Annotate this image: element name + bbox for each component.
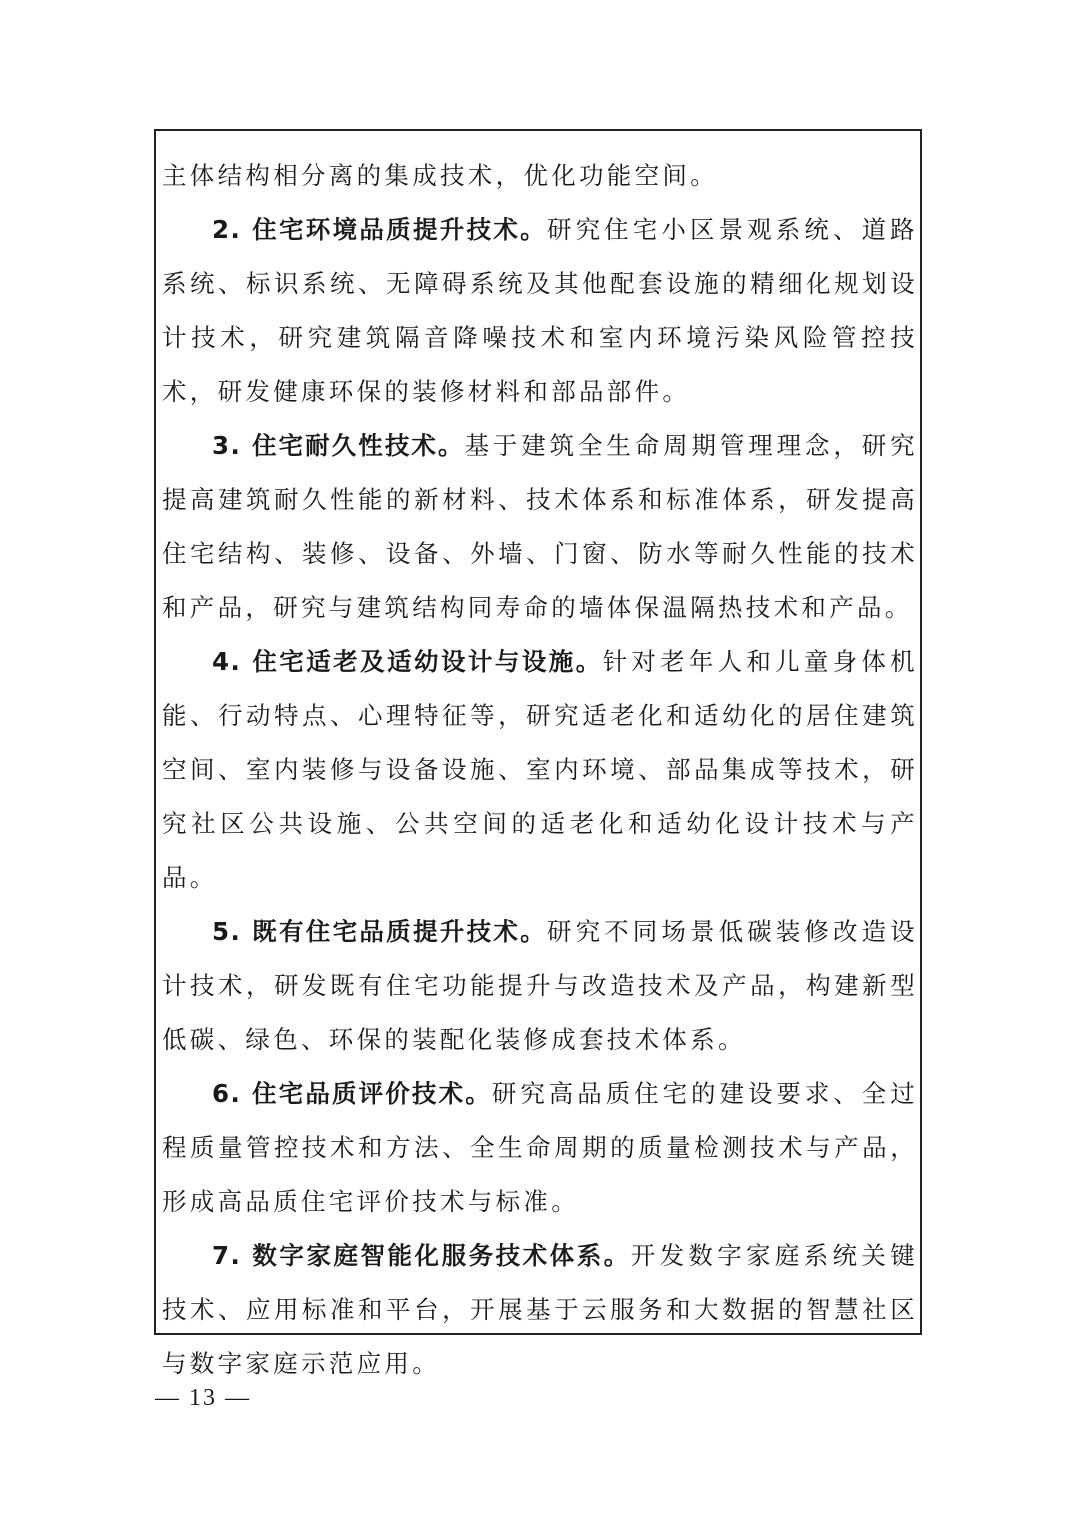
paragraph-item-5: 5. 既有住宅品质提升技术。研究不同场景低碳装修改造设计技术，研发既有住宅功能提…	[162, 905, 918, 1067]
document-body: 主体结构相分离的集成技术，优化功能空间。 2. 住宅环境品质提升技术。研究住宅小…	[162, 149, 918, 1391]
paragraph-heading: 2. 住宅环境品质提升技术。	[212, 215, 547, 244]
paragraph-heading: 6. 住宅品质评价技术。	[212, 1079, 492, 1108]
paragraph-continuation: 主体结构相分离的集成技术，优化功能空间。	[162, 149, 918, 203]
paragraph-item-7: 7. 数字家庭智能化服务技术体系。开发数字家庭系统关键技术、应用标准和平台，开展…	[162, 1229, 918, 1391]
page-number: — 13 —	[155, 1385, 251, 1412]
paragraph-heading: 7. 数字家庭智能化服务技术体系。	[212, 1241, 631, 1270]
paragraph-item-6: 6. 住宅品质评价技术。研究高品质住宅的建设要求、全过程质量管控技术和方法、全生…	[162, 1067, 918, 1229]
paragraph-item-2: 2. 住宅环境品质提升技术。研究住宅小区景观系统、道路系统、标识系统、无障碍系统…	[162, 203, 918, 419]
paragraph-heading: 4. 住宅适老及适幼设计与设施。	[212, 647, 603, 676]
paragraph-body: 主体结构相分离的集成技术，优化功能空间。	[162, 161, 718, 190]
paragraph-heading: 5. 既有住宅品质提升技术。	[212, 917, 547, 946]
paragraph-body: 针对老年人和儿童身体机能、行动特点、心理特征等，研究适老化和适幼化的居住建筑空间…	[162, 647, 918, 892]
paragraph-heading: 3. 住宅耐久性技术。	[212, 431, 465, 460]
paragraph-item-4: 4. 住宅适老及适幼设计与设施。针对老年人和儿童身体机能、行动特点、心理特征等，…	[162, 635, 918, 905]
paragraph-item-3: 3. 住宅耐久性技术。基于建筑全生命周期管理理念，研究提高建筑耐久性能的新材料、…	[162, 419, 918, 635]
content-frame: 主体结构相分离的集成技术，优化功能空间。 2. 住宅环境品质提升技术。研究住宅小…	[154, 129, 922, 1335]
